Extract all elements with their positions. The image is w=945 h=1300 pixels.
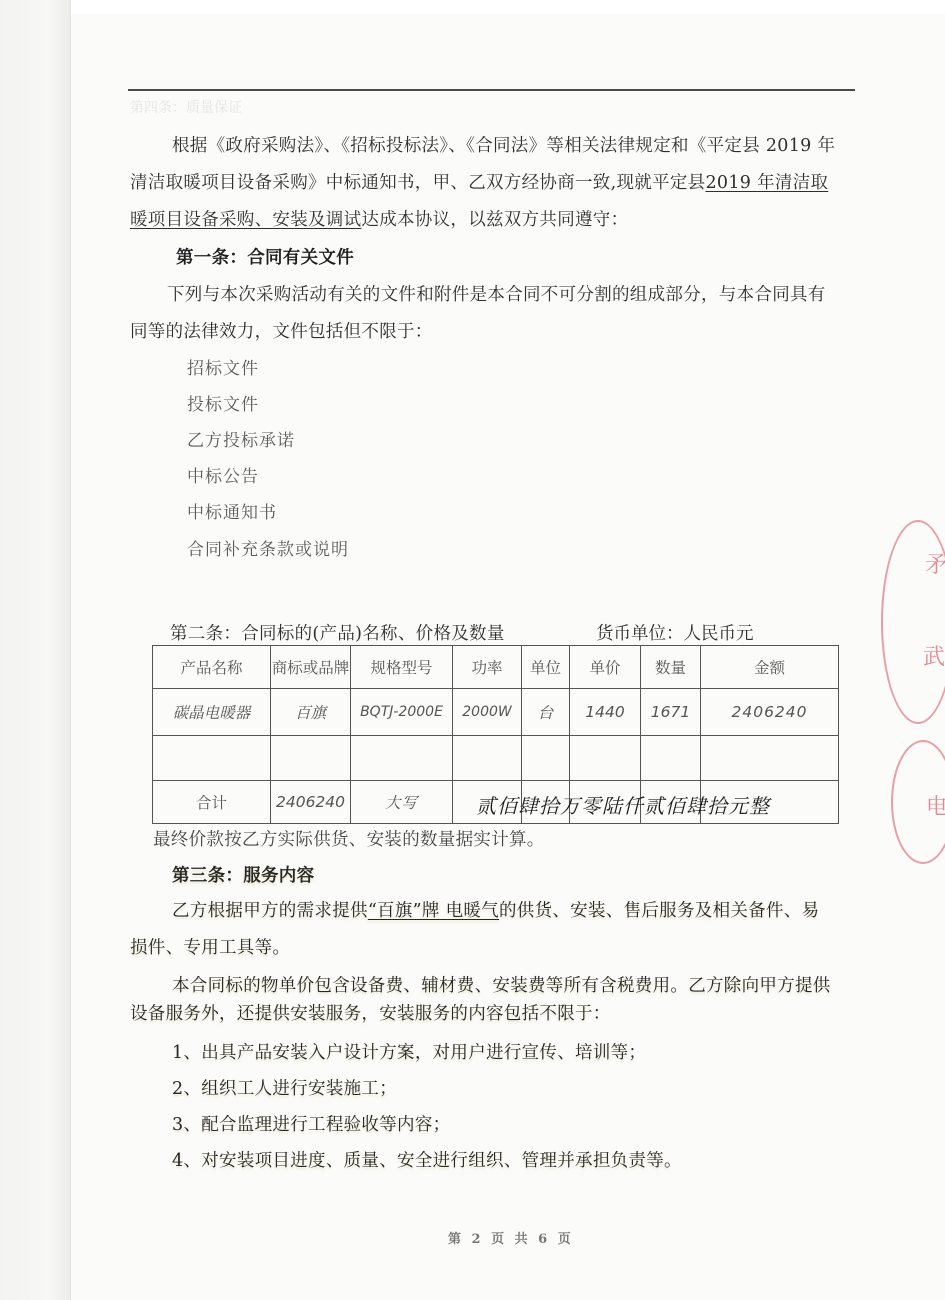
intro-line-2-text: 清洁取暖项目设备采购》中标通知书，甲、乙双方经协商一致,现就平定县 [130,173,705,193]
cell-empty [453,736,522,781]
cell-empty [522,736,570,781]
col-header-amount: 金额 [701,646,839,689]
cell-brand: 百旗 [271,689,351,736]
cell-empty [271,736,351,781]
total-amount: 2406240 [271,781,351,824]
doc-list-item: 招标文件 [187,354,259,379]
brand-underlined: “百旗”牌 电暖气 [368,901,499,921]
article-3-title: 第三条：服务内容 [172,862,314,887]
doc-list-item: 合同补充条款或说明 [187,535,349,560]
seal-char: 矛 [925,548,945,579]
seal-char: 武 [923,640,945,671]
col-header-power: 功率 [453,646,522,689]
service-item: 4、对安装项目进度、质量、安全进行组织、管理并承担负责等。 [172,1147,682,1172]
cell-empty [701,736,839,781]
service-item: 1、出具产品安装入户设计方案，对用户进行宣传、培训等； [172,1039,646,1064]
project-name-underlined-a: 2019 年清洁取 [705,173,828,193]
para-text: 乙方根据甲方的需求提供 [172,901,368,921]
doc-list-item: 投标文件 [187,390,259,415]
binding-fold [0,0,71,1300]
article-3-para-2-line-2: 设备服务外，还提供安装服务，安装服务的内容包括不限于： [130,1000,611,1025]
cell-quantity: 1671 [641,689,701,736]
cell-empty [570,736,641,781]
col-header-model: 规格型号 [351,646,453,689]
doc-list-item: 中标公告 [187,462,259,487]
cell-power: 2000W [453,689,522,736]
bleed-through-heading: 第四条：质量保证 [130,97,242,117]
table-header-row: 产品名称 商标或品牌 规格型号 功率 单位 单价 数量 金额 [153,646,839,689]
col-header-quantity: 数量 [641,646,701,689]
cell-amount: 2406240 [701,689,839,736]
currency-unit: 货币单位：人民币元 [596,620,754,645]
col-header-product-name: 产品名称 [153,646,271,689]
service-item: 3、配合监理进行工程验收等内容； [172,1111,450,1136]
table-row: 碳晶电暖器 百旗 BQTJ-2000E 2000W 台 1440 1671 24… [153,689,839,736]
intro-line-3: 暖项目设备采购、安装及调试达成本协议，以兹双方共同遵守： [130,206,628,231]
article-2-note: 最终价款按乙方实际供货、安装的数量据实计算。 [153,826,545,851]
total-label: 合计 [153,781,271,824]
cell-product-name: 碳晶电暖器 [153,689,271,736]
total-amount-in-words: 贰佰肆拾万零陆仟贰佰肆拾元整 [476,790,770,819]
cell-empty [351,736,453,781]
cell-empty [153,736,271,781]
article-3-para-2-line-1: 本合同标的物单价包含设备费、辅材费、安装费等所有含税费用。乙方除向甲方提供 [172,972,831,997]
seal-char: 电 [926,790,945,821]
doc-list-item: 中标通知书 [187,498,277,523]
para-text: 的供货、安装、售后服务及相关备件、易 [499,901,819,921]
scan-top-edge [0,0,945,14]
intro-line-2: 清洁取暖项目设备采购》中标通知书，甲、乙双方经协商一致,现就平定县2019 年清… [130,169,828,194]
article-1-title: 第一条：合同有关文件 [176,244,354,269]
page-number: 第 2 页 共 6 页 [448,1228,574,1247]
intro-line-3-text: 达成本协议，以兹双方共同遵守： [361,210,628,230]
cell-empty [641,736,701,781]
cell-model: BQTJ-2000E [351,689,453,736]
total-uppercase-label: 大写 [351,781,453,824]
col-header-unit: 单位 [522,646,570,689]
col-header-unit-price: 单价 [570,646,641,689]
project-name-underlined-b: 暖项目设备采购、安装及调试 [130,210,361,230]
header-rule [128,89,855,91]
col-header-brand: 商标或品牌 [271,646,351,689]
article-1-para-line-2: 同等的法律效力，文件包括但不限于： [130,318,433,343]
doc-list-item: 乙方投标承诺 [187,426,295,451]
article-2-title: 第二条：合同标的(产品)名称、价格及数量 [170,620,505,645]
intro-line-1: 根据《政府采购法》、《招标投标法》、《合同法》等相关法律规定和《平定县 2019… [172,132,835,157]
article-1-para-line-1: 下列与本次采购活动有关的文件和附件是本合同不可分割的组成部分，与本合同具有 [167,281,826,306]
table-row [153,736,839,781]
cell-unit-price: 1440 [570,689,641,736]
service-item: 2、组织工人进行安装施工； [172,1075,397,1100]
article-3-para-1-line-2: 损件、专用工具等。 [130,934,290,959]
cell-unit: 台 [522,689,570,736]
article-3-para-1-line-1: 乙方根据甲方的需求提供“百旗”牌 电暖气的供货、安装、售后服务及相关备件、易 [172,897,819,922]
